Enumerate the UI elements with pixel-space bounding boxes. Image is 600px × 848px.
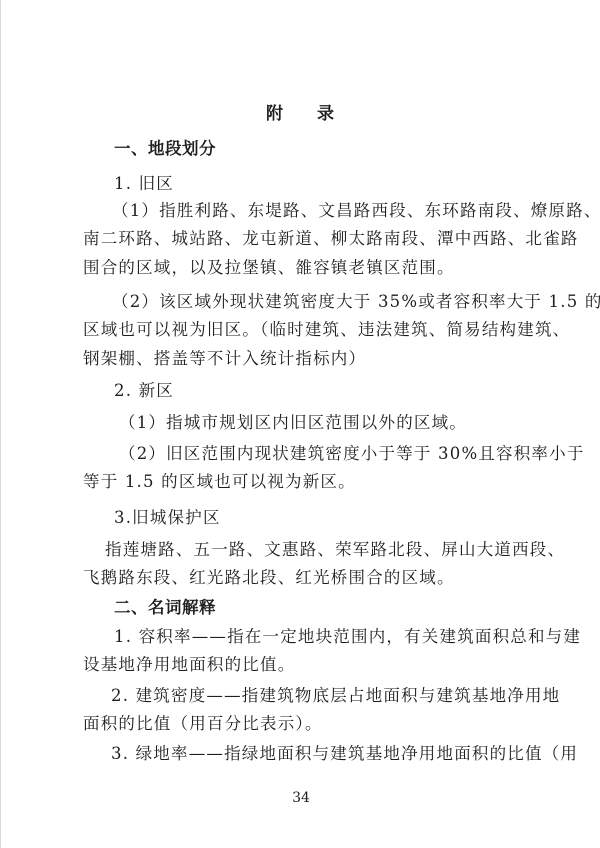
paragraph-line: （2）旧区范围内现状建筑密度小于等于 30%且容积率小于 bbox=[119, 444, 585, 464]
paragraph-line: 3. 绿地率——指绿地面积与建筑基地净用地面积的比值（用 bbox=[111, 744, 578, 764]
paragraph-line: 钢架棚、搭盖等不计入统计指标内） bbox=[83, 349, 366, 369]
subsection-heading-old-district: 1. 旧区 bbox=[114, 174, 174, 194]
document-page: 附 录 一、地段划分 1. 旧区 （1）指胜利路、东堤路、文昌路西段、东环路南段… bbox=[0, 0, 600, 848]
section-heading-land-division: 一、地段划分 bbox=[114, 139, 216, 159]
paragraph-line: 等于 1.5 的区域也可以视为新区。 bbox=[83, 472, 356, 492]
paragraph-line: 飞鹅路东段、红光路北段、红光桥围合的区域。 bbox=[83, 568, 455, 588]
subsection-heading-new-district: 2. 新区 bbox=[114, 381, 174, 401]
paragraph-line: 1. 容积率——指在一定地块范围内，有关建筑面积总和与建 bbox=[114, 627, 581, 647]
paragraph-line: （2）该区域外现状建筑密度大于 35%或者容积率大于 1.5 的 bbox=[112, 292, 600, 312]
paragraph-line: （1）指胜利路、东堤路、文昌路西段、东环路南段、燎原路、 bbox=[112, 201, 600, 221]
paragraph-line: 区域也可以视为旧区。（临时建筑、违法建筑、简易结构建筑、 bbox=[83, 320, 570, 340]
paragraph-line: 南二环路、城站路、龙屯新道、柳太路南段、潭中西路、北雀路 bbox=[83, 229, 579, 249]
paragraph-line: （1）指城市规划区内旧区范围以外的区域。 bbox=[119, 413, 467, 433]
paragraph-line: 设基地净用地面积的比值。 bbox=[83, 655, 295, 675]
page-number: 34 bbox=[1, 789, 600, 807]
section-heading-glossary: 二、名词解释 bbox=[114, 598, 216, 618]
subsection-heading-old-town-protection: 3.旧城保护区 bbox=[114, 508, 221, 528]
paragraph-line: 面积的比值（用百分比表示）。 bbox=[83, 714, 323, 734]
paragraph-line: 指莲塘路、五一路、文惠路、荣军路北段、屏山大道西段、 bbox=[105, 540, 565, 560]
paragraph-line: 围合的区域，以及拉堡镇、雒容镇老镇区范围。 bbox=[83, 258, 455, 278]
paragraph-line: 2. 建筑密度——指建筑物底层占地面积与建筑基地净用地 bbox=[111, 686, 560, 706]
page-title: 附 录 bbox=[1, 104, 600, 124]
